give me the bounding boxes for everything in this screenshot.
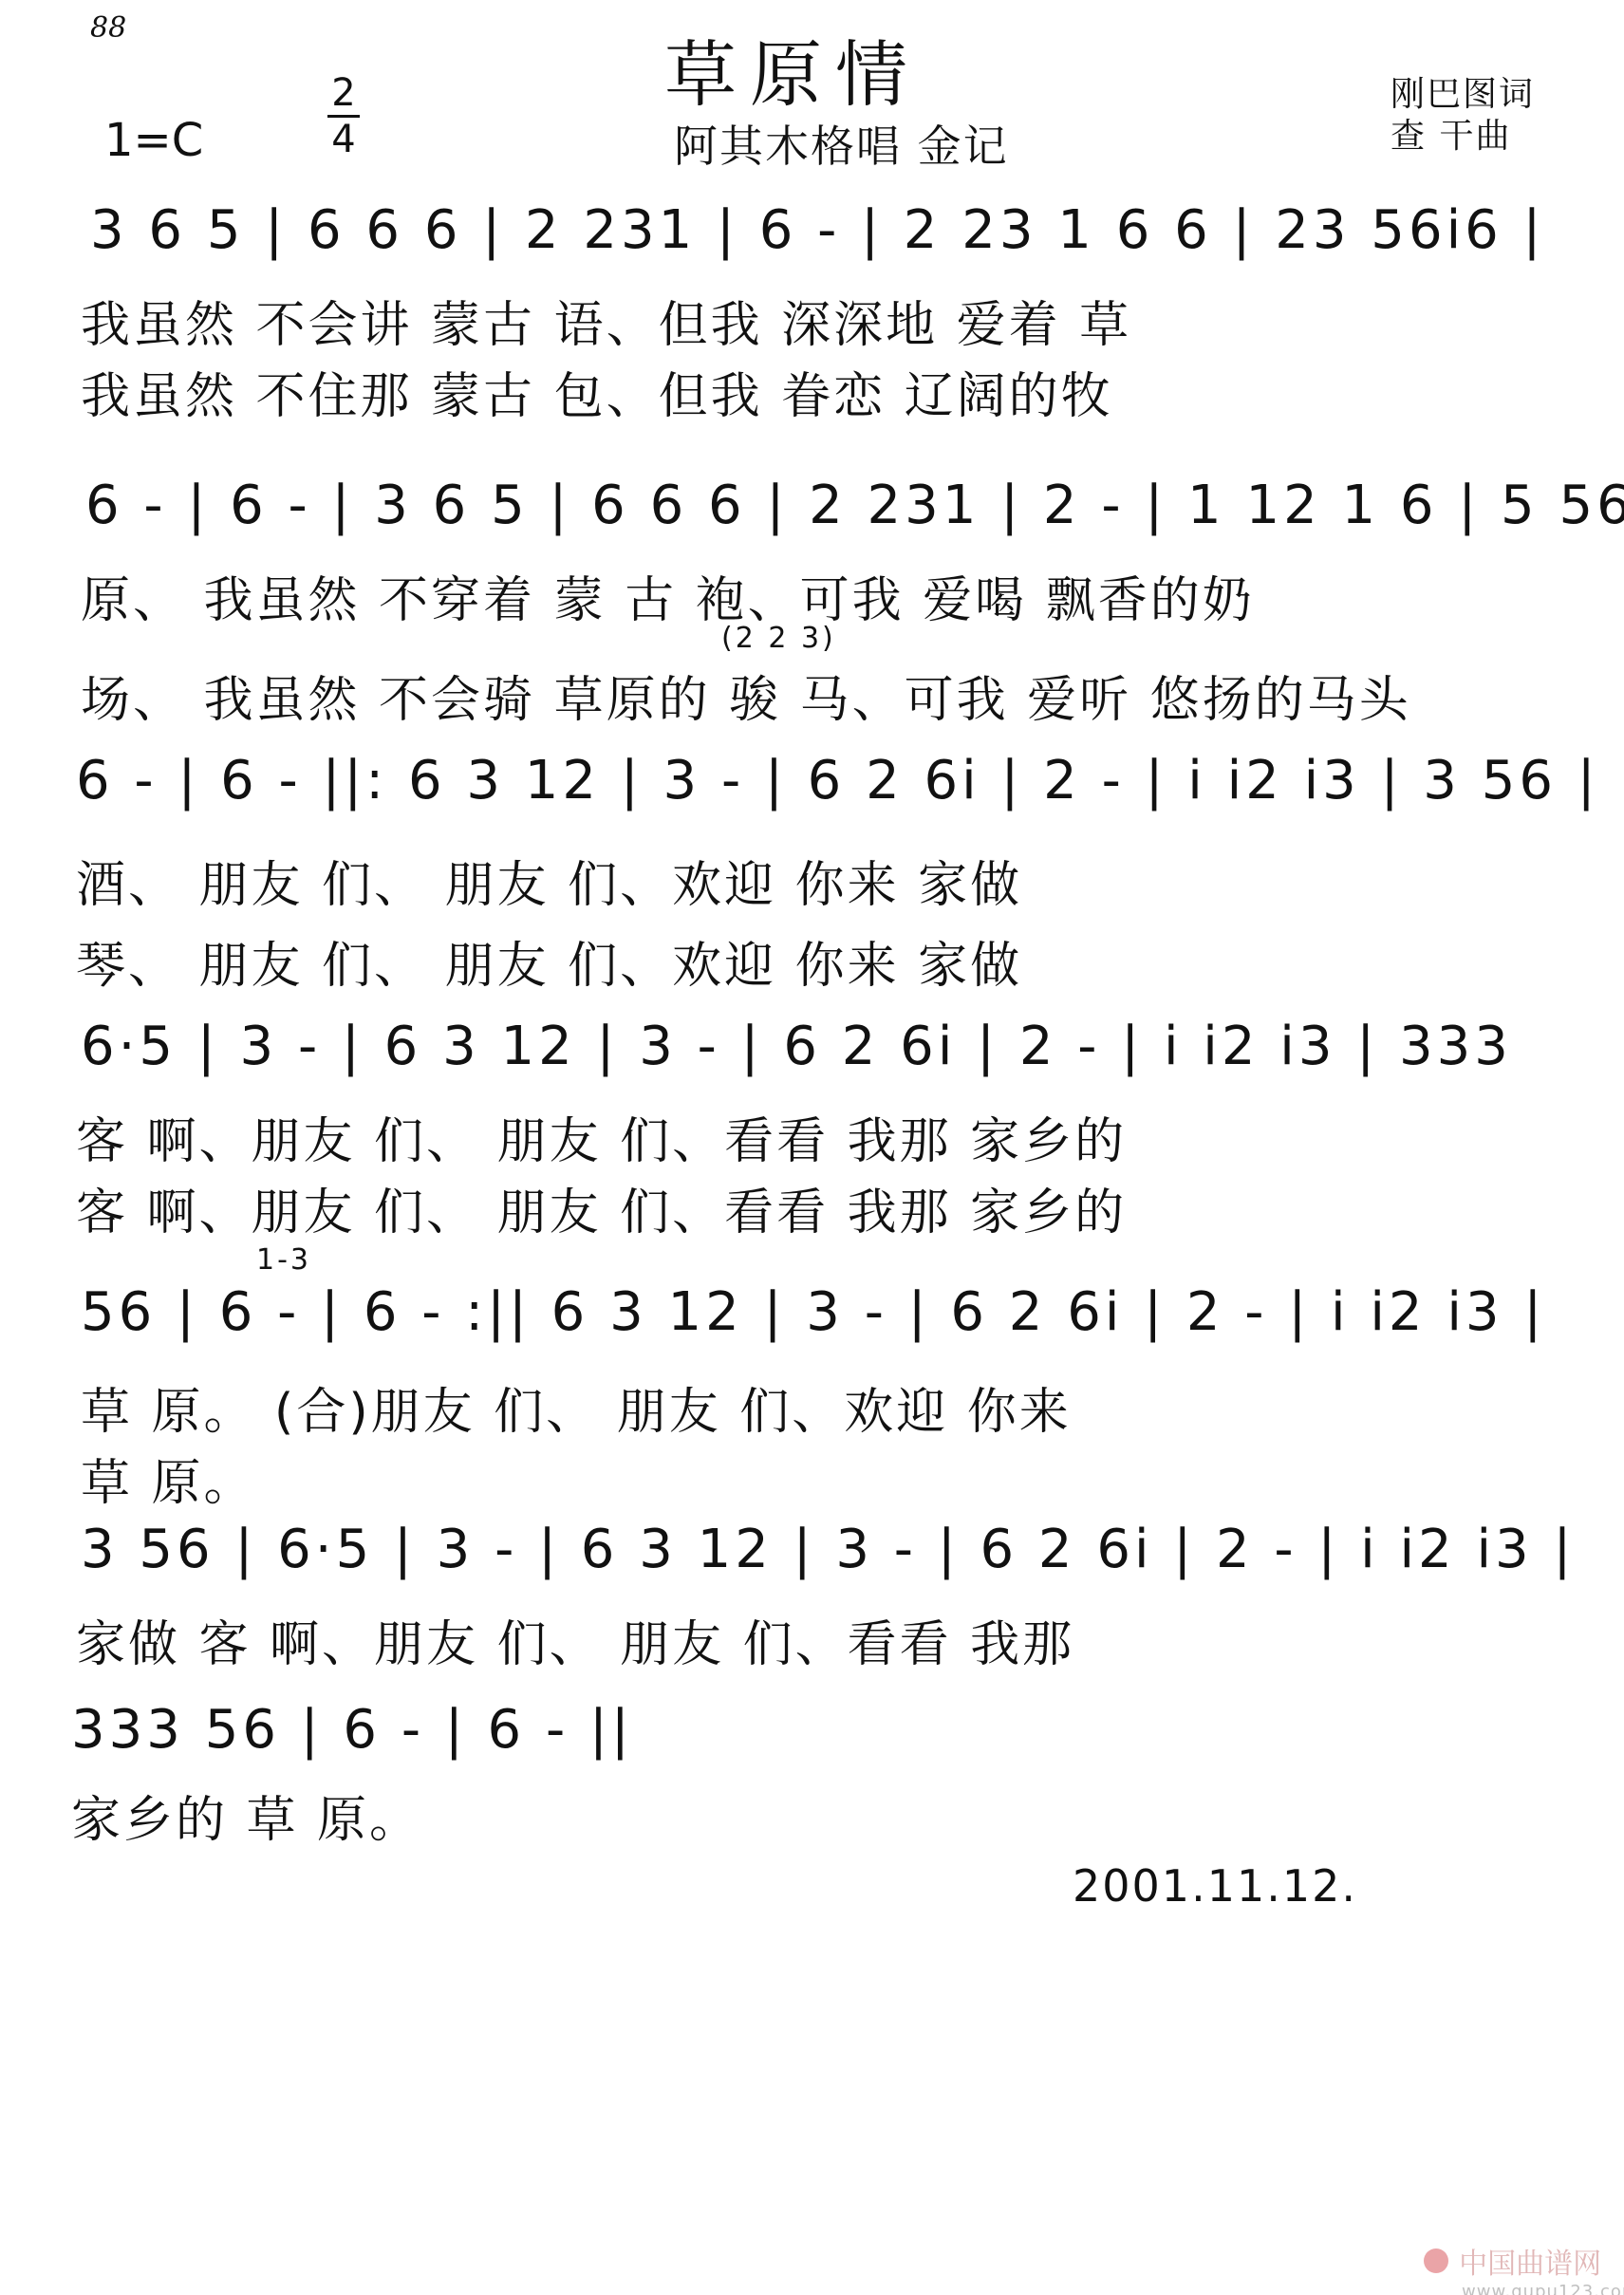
lyricist-credit: 刚巴图词 xyxy=(1391,74,1535,116)
score-row-4-lyric-verse-2: 客 啊、朋友 们、 朋友 们、看看 我那 家乡的 xyxy=(76,1172,1127,1243)
score-row-6-lyric: 家做 客 啊、朋友 们、 朋友 们、看看 我那 xyxy=(76,1604,1074,1675)
song-title: 草原情 xyxy=(664,17,921,121)
score-row-7-notes: 333 56 | 6 - | 6 - || xyxy=(71,1699,633,1761)
score-row-2-alt-notation: (2 2 3) xyxy=(721,622,836,655)
time-signature: 2 4 xyxy=(327,71,360,161)
composer-credit: 查 干曲 xyxy=(1391,116,1535,158)
score-row-5-notes: 56 | 6 - | 6 - :|| 6 3 12 | 3 - | 6 2 6i… xyxy=(81,1281,1545,1343)
watermark-name: 中国曲谱网 xyxy=(1459,2248,1601,2281)
watermark: 中国曲谱网 www.qupu123.com xyxy=(1424,2240,1624,2295)
score-row-1-lyric-verse-2: 我虽然 不住那 蒙古 包、但我 眷恋 辽阔的牧 xyxy=(81,356,1113,427)
score-row-4-notes: 6·5 | 3 - | 6 3 12 | 3 - | 6 2 6i | 2 - … xyxy=(81,1016,1512,1077)
score-row-4-lyric-verse-1: 客 啊、朋友 们、 朋友 们、看看 我那 家乡的 xyxy=(76,1101,1127,1172)
score-row-6-notes: 3 56 | 6·5 | 3 - | 6 3 12 | 3 - | 6 2 6i… xyxy=(81,1519,1575,1580)
score-row-3-notes: 6 - | 6 - ||: 6 3 12 | 3 - | 6 2 6i | 2 … xyxy=(76,750,1599,812)
time-signature-bottom: 4 xyxy=(331,118,355,161)
volta-bracket-1-3: 1-3 xyxy=(256,1243,311,1277)
singer-credit: 阿其木格唱 金记 xyxy=(674,112,1009,175)
credits: 刚巴图词 查 干曲 xyxy=(1391,74,1535,158)
page-number: 88 xyxy=(90,11,126,45)
score-row-5-lyric-verse-2: 草 原。 xyxy=(81,1443,256,1514)
score-row-1-notes: 3 6 5 | 6 6 6 | 2 231 | 6 - | 2 23 1 6 6… xyxy=(90,199,1544,261)
score-row-2-lyric-verse-1: 原、 我虽然 不穿着 蒙 古 袍、可我 爱喝 飘香的奶 xyxy=(81,560,1255,631)
date-stamp: 2001.11.12. xyxy=(1073,1860,1357,1912)
key-signature: 1=C xyxy=(104,114,203,167)
score-row-1-lyric-verse-1: 我虽然 不会讲 蒙古 语、但我 深深地 爱着 草 xyxy=(81,285,1131,356)
score-row-2-notes: 6 - | 6 - | 3 6 5 | 6 6 6 | 2 231 | 2 - … xyxy=(85,475,1624,536)
score-row-2-lyric-verse-2: 场、 我虽然 不会骑 草原的 骏 马、可我 爱听 悠扬的马头 xyxy=(81,660,1411,731)
score-row-7-lyric: 家乡的 草 原。 xyxy=(71,1780,421,1851)
time-signature-top: 2 xyxy=(331,71,355,115)
score-row-5-lyric-verse-1: 草 原。 (合)朋友 们、 朋友 们、欢迎 你来 xyxy=(81,1371,1072,1443)
score-row-3-lyric-verse-1: 酒、 朋友 们、 朋友 们、欢迎 你来 家做 xyxy=(76,845,1022,916)
watermark-logo-icon xyxy=(1424,2248,1448,2273)
score-row-3-lyric-verse-2: 琴、 朋友 们、 朋友 们、欢迎 你来 家做 xyxy=(76,925,1022,997)
watermark-url: www.qupu123.com xyxy=(1462,2282,1624,2295)
